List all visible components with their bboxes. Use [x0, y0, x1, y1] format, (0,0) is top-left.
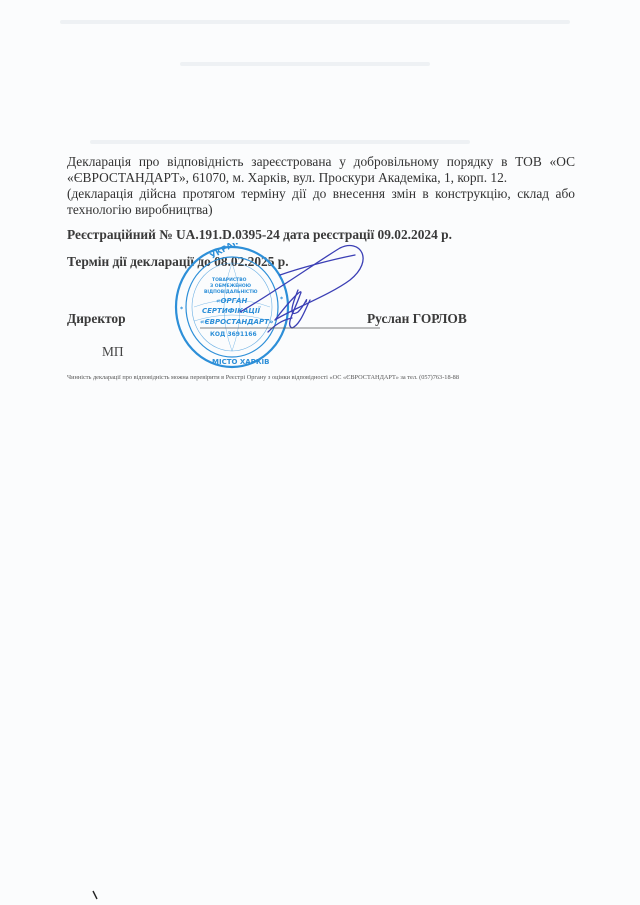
paragraph-line: технологію виробництва): [67, 202, 575, 218]
signature-icon: [180, 240, 380, 350]
verification-footnote: Чинність декларації про відповідність мо…: [67, 374, 459, 381]
document-page: Декларація про відповідність зареєстрова…: [0, 0, 640, 905]
bleed-through-line: [60, 20, 570, 24]
paragraph-line: Декларація про відповідність зареєстрова…: [67, 154, 575, 170]
svg-text:МІСТО ХАРКІВ: МІСТО ХАРКІВ: [212, 358, 269, 366]
seal-mark-label: МП: [102, 344, 124, 360]
paragraph-line: «ЄВРОСТАНДАРТ», 61070, м. Харків, вул. П…: [67, 170, 575, 186]
scan-mark-icon: [92, 890, 98, 900]
paragraph-line: (декларація дійсна протягом терміну дії …: [67, 186, 575, 202]
signatory-name: Руслан ГОРЛОВ: [367, 311, 467, 327]
signatory-title: Директор: [67, 311, 126, 327]
bleed-through-line: [90, 140, 470, 144]
declaration-paragraph: Декларація про відповідність зареєстрова…: [67, 154, 575, 218]
bleed-through-line: [180, 62, 430, 66]
